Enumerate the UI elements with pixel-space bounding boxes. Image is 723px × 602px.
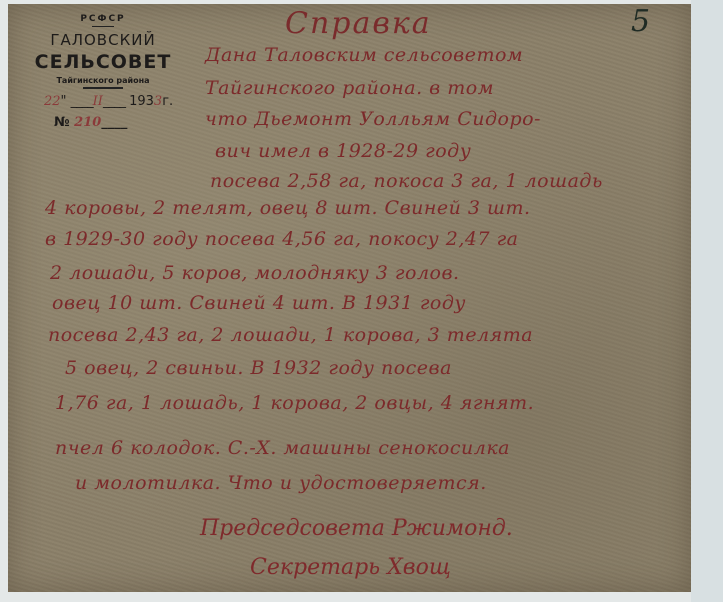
document-title: Справка xyxy=(285,6,432,41)
stamp-divider xyxy=(83,87,123,89)
text-line: 5 овец, 2 свиньи. В 1932 году посева xyxy=(65,357,452,379)
stamp-date-year-suffix: 3 xyxy=(154,94,162,109)
stamp-number: № 210____ xyxy=(28,115,178,130)
text-line: в 1929-30 году посева 4,56 га, покосу 2,… xyxy=(45,228,519,250)
stamp-date-year: 193 xyxy=(129,94,154,109)
text-line: 1,76 га, 1 лошадь, 1 корова, 2 овцы, 4 я… xyxy=(55,392,534,414)
text-line: посева 2,58 га, покоса 3 га, 1 лошадь xyxy=(210,170,603,192)
chairman-signature: Председсовета Ржимонд. xyxy=(200,516,513,541)
secretary-signature: Секретарь Хвощ xyxy=(250,555,451,580)
text-line: и молотилка. Что и удостоверяется. xyxy=(75,472,487,494)
stamp-date-day: 22 xyxy=(44,94,61,109)
page-number: 5 xyxy=(631,4,650,39)
stamp-org-name: ГАЛОВСКИЙ xyxy=(28,31,178,49)
stamp-republic: РСФСР xyxy=(28,14,178,24)
text-line: 2 лошади, 5 коров, молодняку 3 голов. xyxy=(50,262,460,284)
stamp-date: 22" ____II____ 1933г. xyxy=(28,94,178,109)
text-line: Дана Таловским сельсоветом xyxy=(205,44,523,66)
stamp-divider xyxy=(92,26,114,27)
text-line: 4 коровы, 2 телят, овец 8 шт. Свиней 3 ш… xyxy=(45,197,531,219)
text-line: пчел 6 колодок. С.-Х. машины сенокосилка xyxy=(55,437,510,459)
text-line: Тайгинского района. в том xyxy=(205,77,494,99)
stamp-district: Тайгинского района xyxy=(28,76,178,85)
village-council-stamp: РСФСР ГАЛОВСКИЙ СЕЛЬСОВЕТ Тайгинского ра… xyxy=(28,14,178,130)
stamp-org-type: СЕЛЬСОВЕТ xyxy=(28,51,178,73)
stamp-date-month: II xyxy=(93,94,103,109)
text-line: посева 2,43 га, 2 лошади, 1 корова, 3 те… xyxy=(48,324,533,346)
stamp-number-value: 210 xyxy=(74,115,101,130)
scan-border xyxy=(691,0,723,602)
text-line: вич имел в 1928-29 году xyxy=(215,140,471,162)
text-line: что Дьемонт Уолльям Сидоро- xyxy=(205,108,541,130)
stamp-number-label: № xyxy=(54,115,70,130)
text-line: овец 10 шт. Свиней 4 шт. В 1931 году xyxy=(52,292,466,314)
